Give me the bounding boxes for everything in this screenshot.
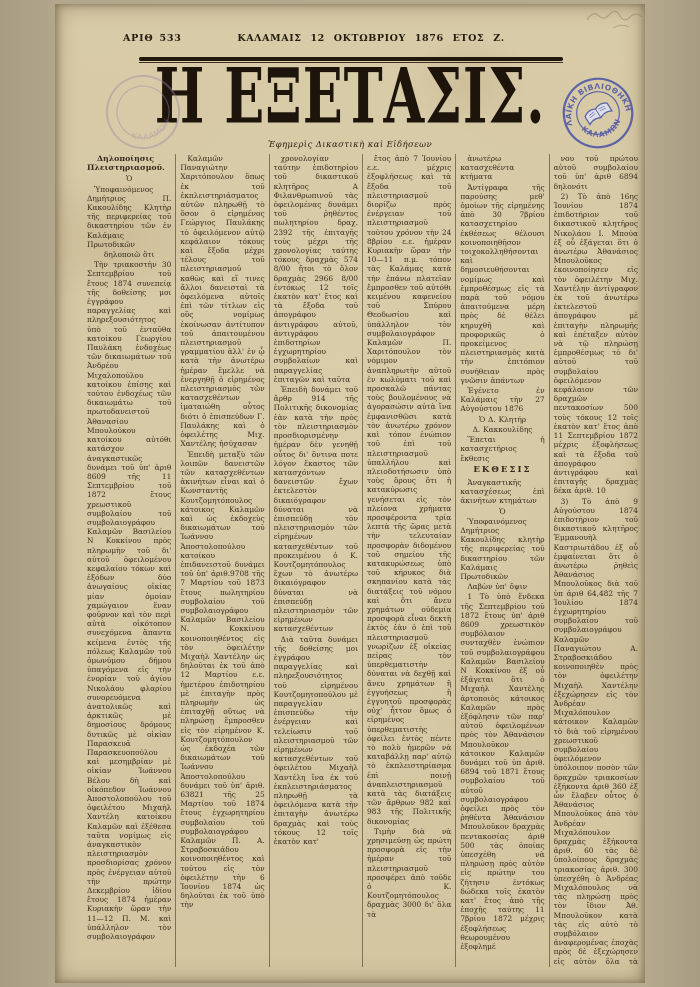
paragraph: Ὁ <box>460 507 544 516</box>
column-6: νου τοῦ πρώτου αὐτοῦ συμβολαίου τοῦ ὑπ' … <box>549 154 642 967</box>
paragraph: 1 Τὸ ὑπὸ ἕνδεκα τῆς Σεπτεμβρίου τοῦ 1872… <box>460 592 544 951</box>
pencil-marks <box>583 4 647 32</box>
paragraph: ΕΚΘΕΣΙΣ <box>460 466 544 475</box>
paragraph: Δ. Κακκουλίδης <box>460 425 544 434</box>
paragraph: Ἕπεται ἡ κατασχετήριος ἔκθεσις <box>460 435 544 463</box>
paragraph: ἔτος ἀπὸ 7 Ἰουνίου ε.ε. μέχρις ἐξοφλήσεω… <box>367 154 451 826</box>
paragraph: ἀνωτέρω κατασχεθέντα κτήματα <box>460 154 544 182</box>
paragraph: Ὁ <box>87 174 171 183</box>
paragraph: Δηλοποίησις Πλειστηριασμοῦ. <box>87 154 171 172</box>
column-4: ἔτος ἀπὸ 7 Ἰουνίου ε.ε. μέχρις ἐξοφλήσεω… <box>362 154 455 967</box>
article-columns: Δηλοποίησις Πλειστηριασμοῦ.ὉὙποφαινόμενο… <box>83 154 642 967</box>
paragraph: Ὑποφαινόμενος Δημήτριος Κακουλίδης κλητὴ… <box>460 517 544 581</box>
paragraph: Τιμὴν διὰ νὰ χρησιμεύσῃ ὡς πρώτη προσφορ… <box>367 827 451 919</box>
paragraph: Καλαμῶν Παναγιώτην Χαριτόπουλον ὅπως ἐκ … <box>180 154 264 449</box>
newspaper-scan: { "header": { "issue_label": "ΑΡΙΘ", "is… <box>0 0 700 987</box>
paragraph: 3) Τὸ ἀπὸ 9 Αὐγούστου 1874 ἐπιδοτήριον τ… <box>554 497 638 967</box>
column-2: Καλαμῶν Παναγιώτην Χαριτόπουλον ὅπως ἐκ … <box>175 154 268 967</box>
paragraph: 2) Τὸ ἀπὸ 16ης Ἰουνίου 1874 ἐπιδοτήριον … <box>554 192 638 496</box>
column-5: ἀνωτέρω κατασχεθέντα κτήματαἈντίγραφα τῆ… <box>455 154 548 967</box>
issue-number-block: ΑΡΙΘ533 <box>123 33 182 44</box>
paragraph: Ὑποφαινόμενος Δημήτριος Π. Κακουλίδης Κλ… <box>87 185 171 249</box>
paragraph: Ἐπειδὴ μεταξὺ τῶν λοιπῶν δανειστῶν τῶν κ… <box>180 450 264 910</box>
newspaper-page: ΑΡΙΘ533 ΚΑΛΑΜΑΙΣ 12 ΟΚΤΩΒΡΙΟΥ 1876 ΕΤΟΣ … <box>55 4 645 983</box>
open-book-icon <box>584 101 612 125</box>
paragraph: Ὁ Δ. Κλητήρ <box>460 415 544 424</box>
paragraph: Ἐπειδὴ δυνάμει τοῦ ἄρθρ 914 τῆς Πολιτικῆ… <box>274 385 358 633</box>
issue-label: ΑΡΙΘ <box>123 33 153 44</box>
paragraph: δηλοποιῶ ὅτι <box>87 250 171 259</box>
paragraph: Λαβὼν ὑπ' ὄψιν <box>460 582 544 591</box>
faint-stamp-text: ΚΑΛΑΜΩΝ <box>127 115 176 149</box>
issue-number: 533 <box>159 33 181 44</box>
dateline: ΚΑΛΑΜΑΙΣ 12 ΟΚΤΩΒΡΙΟΥ 1876 ΕΤΟΣ Ζ. <box>215 33 527 44</box>
paragraph: νου τοῦ πρώτου αὐτοῦ συμβολαίου τοῦ ὑπ' … <box>554 154 638 191</box>
paragraph: Τὴν τριακοστὴν 30 Σεπτεμβρίου τοῦ ἔτους … <box>87 260 171 941</box>
paragraph: Ἀντίγραφα τῆς παρούσης μεθ' ὁμοίων τῆς ε… <box>460 183 544 385</box>
svg-text:ΚΑΛΑΜΩΝ: ΚΑΛΑΜΩΝ <box>127 115 176 149</box>
column-1: Δηλοποίησις Πλειστηριασμοῦ.ὉὙποφαινόμενο… <box>83 154 175 967</box>
column-3: χρονολογίαν ταύτην ἐπιδοτηρίου τοῦ δικασ… <box>269 154 362 967</box>
paragraph: χρονολογίαν ταύτην ἐπιδοτηρίου τοῦ δικασ… <box>274 154 358 384</box>
paragraph: Ἀναγκαστικῆς κατασχέσεως ἐπὶ ἀκινήτων κτ… <box>460 478 544 506</box>
paragraph: Διὰ ταῦτα δυνάμει τῆς δοθείσης μοι ἐγγρά… <box>274 635 358 847</box>
paragraph: Ἐγένετο ἐν Καλάμαις τὴν 27 Αὐγούστου 187… <box>460 386 544 414</box>
